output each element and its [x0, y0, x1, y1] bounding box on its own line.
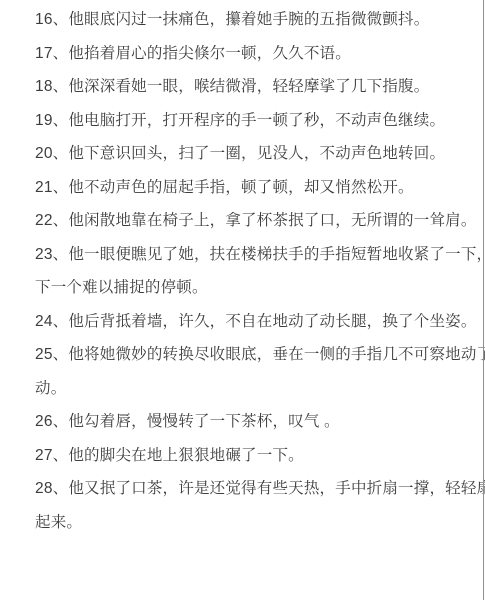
list-item: 28、他又抿了口茶，许是还觉得有些天热，手中折扇一撑，轻轻扇了 起来。 — [35, 472, 475, 539]
list-item-line: 28、他又抿了口茶，许是还觉得有些天热，手中折扇一撑，轻轻扇了 — [35, 472, 475, 506]
list-item: 18、他深深看她一眼，喉结微滑，轻轻摩挲了几下指腹。 — [35, 70, 475, 104]
list-item-line: 26、他勾着唇，慢慢转了一下茶杯，叹气 。 — [35, 405, 475, 439]
list-item: 22、他闲散地靠在椅子上，拿了杯茶抿了口，无所谓的一耸肩。 — [35, 204, 475, 238]
list-item: 25、他将她微妙的转换尽收眼底，垂在一侧的手指几不可察地动了 动。 — [35, 338, 475, 405]
list-item: 17、他掐着眉心的指尖倏尔一顿，久久不语。 — [35, 37, 475, 71]
list-item: 24、他后背抵着墙，许久，不自在地动了动长腿，换了个坐姿。 — [35, 305, 475, 339]
list-item-line: 17、他掐着眉心的指尖倏尔一顿，久久不语。 — [35, 37, 475, 71]
list-item-line: 23、他一眼便瞧见了她，扶在楼梯扶手的手指短暂地收紧了一下，足 — [35, 238, 475, 272]
list-item-line: 22、他闲散地靠在椅子上，拿了杯茶抿了口，无所谓的一耸肩。 — [35, 204, 475, 238]
list-item: 21、他不动声色的屈起手指，顿了顿，却又悄然松开。 — [35, 171, 475, 205]
list-item-line: 21、他不动声色的屈起手指，顿了顿，却又悄然松开。 — [35, 171, 475, 205]
list-item-line: 16、他眼底闪过一抹痛色，攥着她手腕的五指微微颤抖。 — [35, 3, 475, 37]
list-item-line: 动。 — [35, 372, 475, 406]
list-item-line: 27、他的脚尖在地上狠狠地碾了一下。 — [35, 439, 475, 473]
right-edge-divider — [483, 0, 484, 600]
sentence-list: 16、他眼底闪过一抹痛色，攥着她手腕的五指微微颤抖。 17、他掐着眉心的指尖倏尔… — [35, 3, 475, 539]
list-item: 20、他下意识回头，扫了一圈，见没人，不动声色地转回。 — [35, 137, 475, 171]
list-item-line: 20、他下意识回头，扫了一圈，见没人，不动声色地转回。 — [35, 137, 475, 171]
list-item: 27、他的脚尖在地上狠狠地碾了一下。 — [35, 439, 475, 473]
list-item: 19、他电脑打开，打开程序的手一顿了秒，不动声色继续。 — [35, 104, 475, 138]
list-item: 23、他一眼便瞧见了她，扶在楼梯扶手的手指短暂地收紧了一下，足 下一个难以捕捉的… — [35, 238, 475, 305]
list-item-line: 19、他电脑打开，打开程序的手一顿了秒，不动声色继续。 — [35, 104, 475, 138]
list-item-line: 18、他深深看她一眼，喉结微滑，轻轻摩挲了几下指腹。 — [35, 70, 475, 104]
document-page: 16、他眼底闪过一抹痛色，攥着她手腕的五指微微颤抖。 17、他掐着眉心的指尖倏尔… — [0, 0, 485, 600]
list-item-line: 24、他后背抵着墙，许久，不自在地动了动长腿，换了个坐姿。 — [35, 305, 475, 339]
list-item-line: 下一个难以捕捉的停顿。 — [35, 271, 475, 305]
list-item-line: 25、他将她微妙的转换尽收眼底，垂在一侧的手指几不可察地动了 — [35, 338, 475, 372]
list-item: 16、他眼底闪过一抹痛色，攥着她手腕的五指微微颤抖。 — [35, 3, 475, 37]
list-item: 26、他勾着唇，慢慢转了一下茶杯，叹气 。 — [35, 405, 475, 439]
list-item-line: 起来。 — [35, 506, 475, 540]
